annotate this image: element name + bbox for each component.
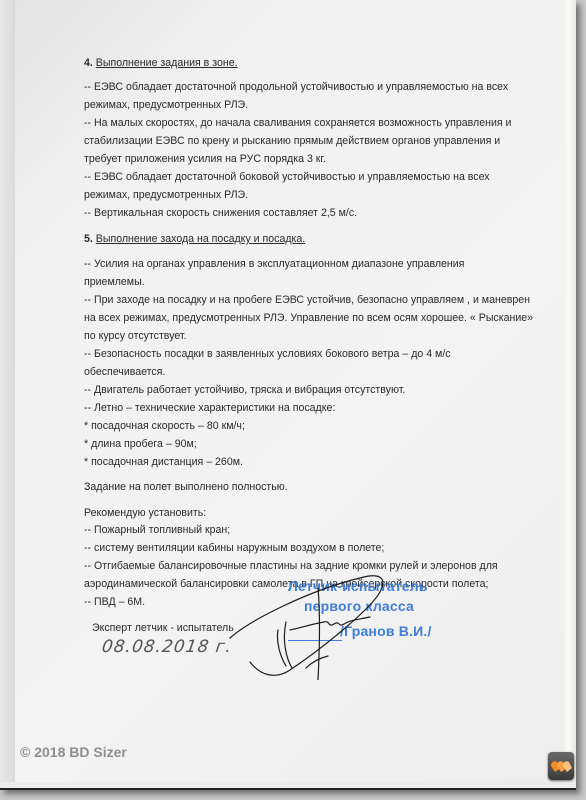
section-5-line: обеспечивается. [84,366,165,379]
section-5-line: * посадочная скорость – 80 км/ч; [84,420,245,433]
section-4-line: стабилизации ЕЭВС по крену и рысканию пр… [84,135,500,148]
section-5-line: на всех режимах, предусмотренных РЛЭ. Уп… [84,312,533,325]
page-right-edge [564,0,576,782]
section-5-title: Выполнение захода на посадку и посадка. [96,233,305,245]
copyright-watermark: © 2018 BD Sizer [20,744,127,760]
section-4-line: -- ЕЭВС обладает достаточной боковой уст… [84,171,490,184]
section-4-line: режимах, предусмотренных РЛЭ. [84,189,248,202]
section-5-number: 5. [84,233,93,245]
section-4-title: Выполнение задания в зоне. [96,57,238,69]
section-4-heading: 4. Выполнение задания в зоне. [84,57,238,70]
section-5-heading: 5. Выполнение захода на посадку и посадк… [84,233,305,246]
section-4-line: -- ЕЭВС обладает достаточной продольной … [84,81,508,94]
section-5-line: -- Усилия на органах управления в эксплу… [84,258,464,271]
section-5-line: * посадочная дистанция – 260м. [84,456,243,469]
section-4-number: 4. [84,57,93,69]
section-5-line: -- При заходе на посадку и на пробеге ЕЭ… [84,294,530,307]
section-5-line: -- Двигатель работает устойчиво, тряска … [84,384,405,397]
section-5-line: * длина пробега – 90м; [84,438,197,451]
recommendation-line: -- ПВД – 6М. [84,596,145,609]
section-4-line: режимах, предусмотренных РЛЭ. [84,99,248,112]
page-left-edge [0,0,14,782]
section-5-line: по курсу отсутствует. [84,330,187,343]
section-4-line: -- Вертикальная скорость снижения состав… [84,207,357,220]
recommendations-title: Рекомендую установить: [84,507,206,520]
section-4-line: -- На малых скоростях, до начала свалива… [84,117,511,130]
bd-sizer-logo-icon [548,752,574,780]
section-5-line: приемлемы. [84,276,145,289]
section-4-line: требует приложения усилия на РУС порядка… [84,153,326,166]
recommendation-line: -- Пожарный топливный кран; [84,524,230,537]
section-5-line: -- Летно – технические характеристики на… [84,402,335,415]
conclusion-text: Задание на полет выполнено полностью. [84,481,288,494]
handwritten-signature-icon [220,570,470,680]
section-5-line: -- Безопасность посадки в заявленных усл… [84,348,451,361]
recommendation-line: -- систему вентиляции кабины наружным во… [84,542,384,555]
signature-date: 08.08.2018 г. [101,637,234,657]
signer-role: Эксперт летчик - испытатель [92,622,234,635]
